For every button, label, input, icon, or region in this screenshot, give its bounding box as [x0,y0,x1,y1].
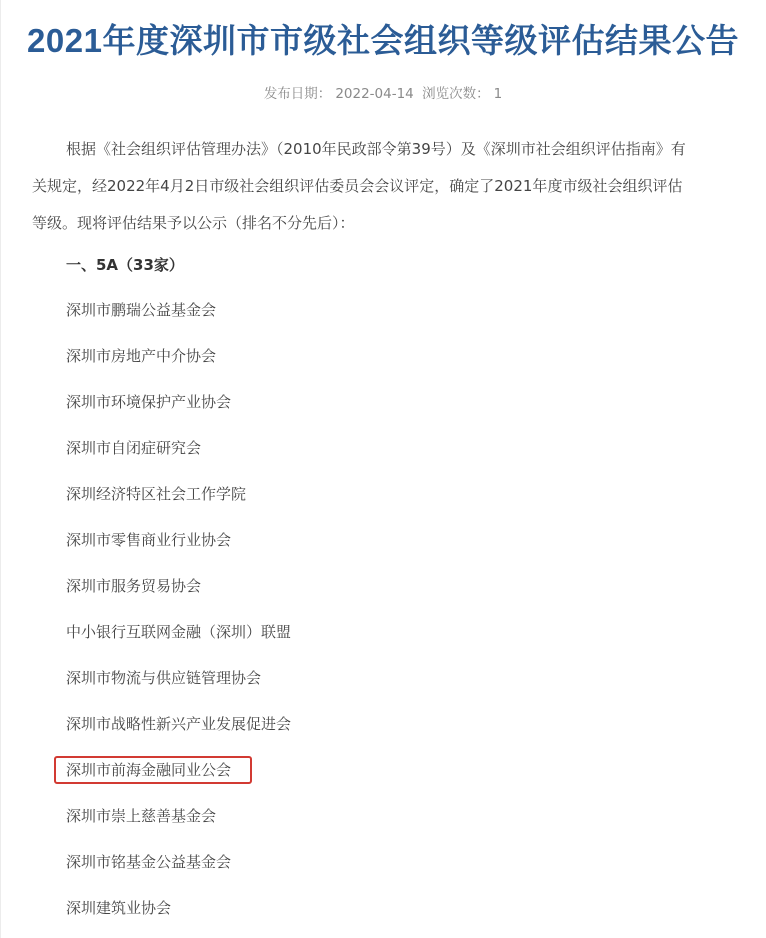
page-edge [0,0,1,938]
list-item: 深圳市房地产中介协会 [66,341,291,387]
list-item: 深圳市物流与供应链管理协会 [66,663,291,709]
highlight-annotation-box [54,756,252,784]
intro-line-1: 根据《社会组织评估管理办法》（2010年民政部令第39号）及《深圳市社会组织评估… [66,131,738,168]
list-item: 深圳市铭基金公益基金会 [66,847,291,893]
publish-date-label: 发布日期： [264,86,332,102]
organization-list: 深圳市鹏瑞公益基金会 深圳市房地产中介协会 深圳市环境保护产业协会 深圳市自闭症… [66,295,291,938]
list-item: 深圳经济特区社会工作学院 [66,479,291,525]
intro-line-3: 等级。现将评估结果予以公示（排名不分先后）： [32,205,738,242]
list-item: 深圳市鹏瑞公益基金会 [66,295,291,341]
publish-date: 2022-04-14 [335,86,413,102]
list-item: 中小银行互联网金融（深圳）联盟 [66,617,291,663]
list-item: 深圳市服务贸易协会 [66,571,291,617]
view-count: 1 [494,86,503,102]
list-item: 深圳市崇上慈善基金会 [66,801,291,847]
list-item: 深圳建筑业协会 [66,893,291,938]
view-count-label: 浏览次数： [422,86,490,102]
list-item: 深圳市自闭症研究会 [66,433,291,479]
page-title: 2021年度深圳市市级社会组织等级评估结果公告 [0,16,766,66]
list-item: 深圳市战略性新兴产业发展促进会 [66,709,291,755]
intro-paragraph: 根据《社会组织评估管理办法》（2010年民政部令第39号）及《深圳市社会组织评估… [66,131,738,242]
section-heading-5a: 一、5A（33家） [66,250,184,280]
article-meta: 发布日期：2022-04-14 浏览次数：1 [0,84,766,104]
intro-line-2: 关规定，经2022年4月2日市级社会组织评估委员会会议评定，确定了2021年度市… [32,168,738,205]
list-item: 深圳市环境保护产业协会 [66,387,291,433]
list-item: 深圳市零售商业行业协会 [66,525,291,571]
